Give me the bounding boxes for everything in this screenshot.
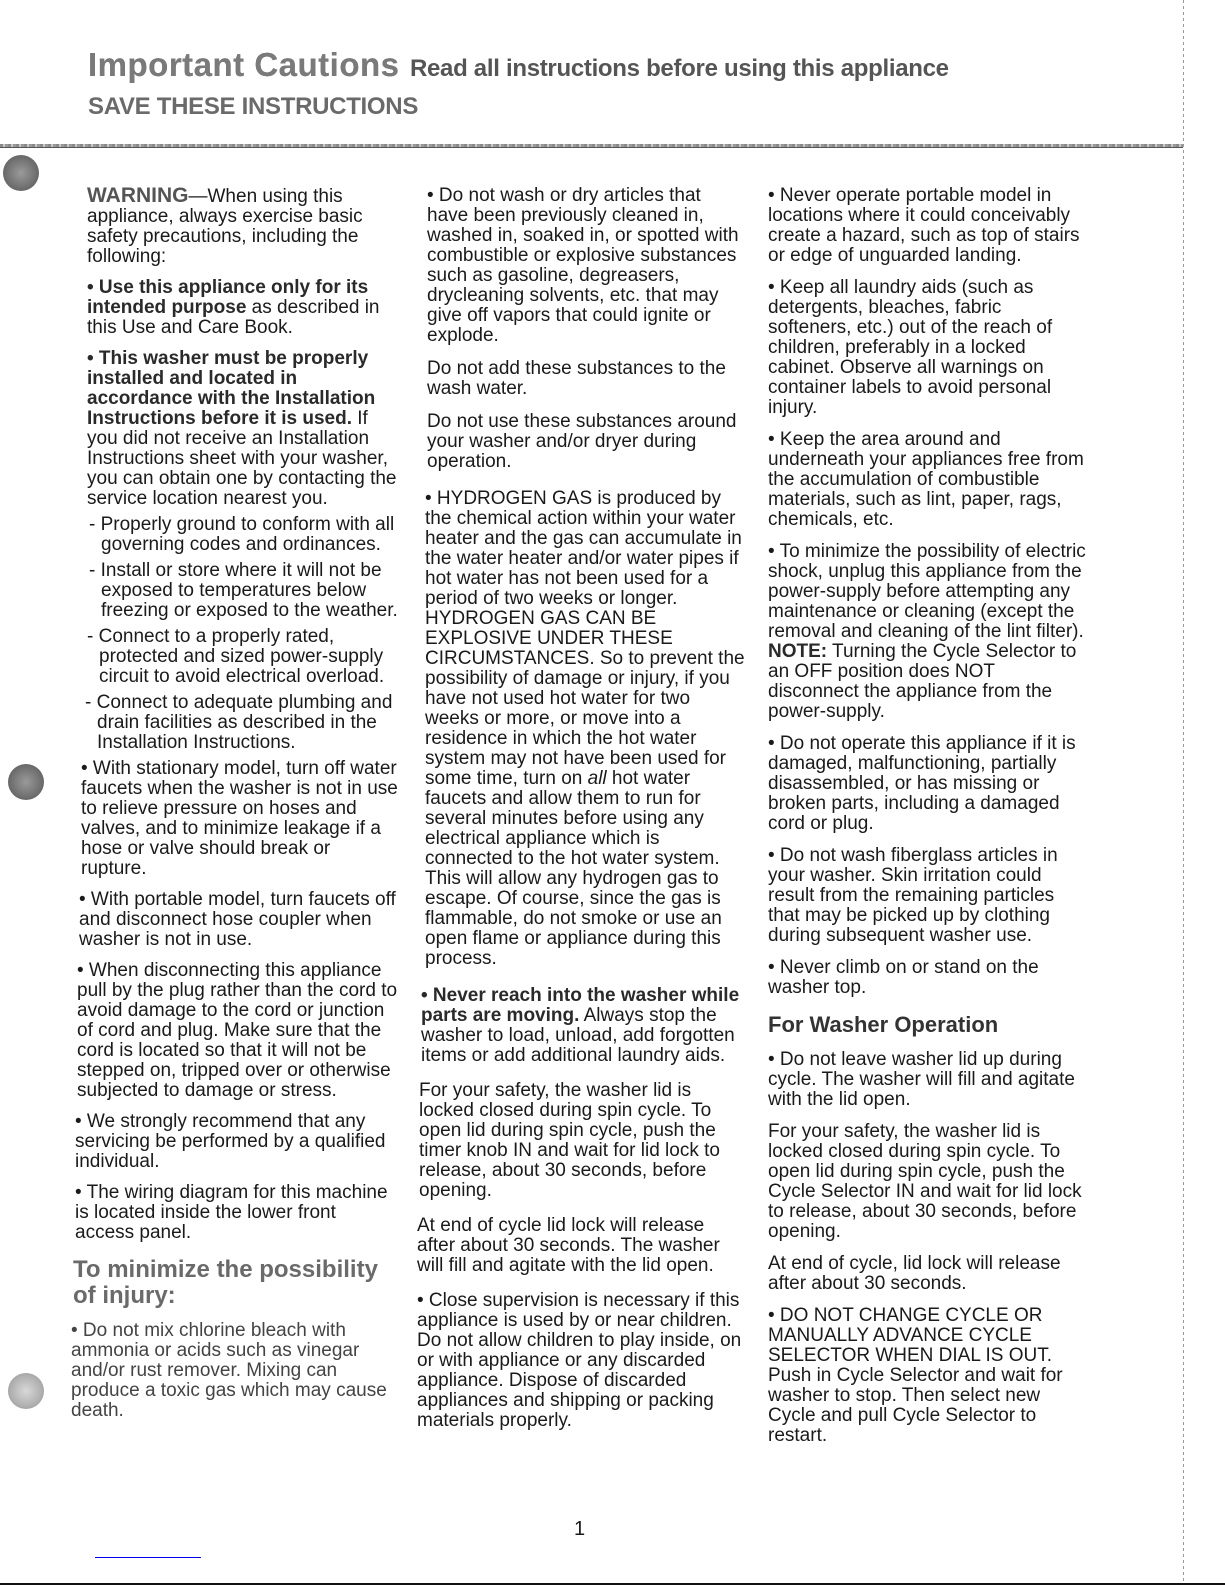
cycle-selector-item: • DO NOT CHANGE CYCLE OR MANUALLY ADVANC… (768, 1306, 1086, 1446)
title-line: Important Cautions Read all instructions… (88, 48, 949, 89)
save-instructions: SAVE THESE INSTRUCTIONS (88, 93, 949, 121)
portable-hazard-item: • Never operate portable model in locati… (768, 186, 1086, 266)
lid-release-item: At end of cycle, lid lock will release a… (768, 1254, 1086, 1294)
note-item: NOTE: Turning the Cycle Selector to an O… (768, 642, 1086, 722)
injury-heading: To minimize the possibility of injury: (73, 1257, 399, 1309)
end-of-cycle-item: At end of cycle lid lock will release af… (417, 1216, 745, 1276)
dash-item: - Connect to adequate plumbing and drain… (97, 693, 399, 753)
installation-item: • This washer must be properly installed… (87, 349, 399, 509)
fiberglass-item: • Do not wash fiberglass articles in you… (768, 846, 1086, 946)
binder-hole-icon (8, 1373, 44, 1409)
warning-paragraph: WARNING—When using this appliance, alway… (87, 186, 399, 267)
combustible-articles-item: • Do not wash or dry articles that have … (427, 186, 745, 346)
page-subtitle: Read all instructions before using this … (410, 55, 949, 82)
page-title: Important Cautions (88, 46, 400, 83)
climb-item: • Never climb on or stand on the washer … (768, 958, 1086, 998)
servicing-item: • We strongly recommend that any servici… (75, 1112, 399, 1172)
combustible-area-item: • Keep the area around and underneath yo… (768, 430, 1086, 530)
dash-item: - Properly ground to conform with all go… (101, 515, 399, 555)
moving-parts-item: • Never reach into the washer while part… (421, 986, 745, 1066)
binder-hole-icon (3, 155, 39, 191)
portable-model-item: • With portable model, turn faucets off … (79, 890, 399, 950)
use-substances-note: Do not use these substances around your … (427, 412, 745, 472)
dash-item: - Install or store where it will not be … (101, 561, 399, 621)
electric-shock-item: • To minimize the possibility of electri… (768, 542, 1086, 642)
damaged-appliance-item: • Do not operate this appliance if it is… (768, 734, 1086, 834)
supervision-item: • Close supervision is necessary if this… (417, 1291, 745, 1431)
wiring-diagram-item: • The wiring diagram for this machine is… (75, 1183, 399, 1243)
warning-label: WARNING (87, 184, 189, 207)
page-edge (1183, 0, 1184, 1585)
stationary-model-item: • With stationary model, turn off water … (81, 759, 399, 879)
lid-up-item: • Do not leave washer lid up during cycl… (768, 1050, 1086, 1110)
note-label: NOTE: (768, 641, 827, 662)
add-substances-note: Do not add these substances to the wash … (427, 359, 745, 399)
hydrogen-gas-item: • HYDROGEN GAS is produced by the chemic… (425, 489, 745, 969)
page-header: Important Cautions Read all instructions… (88, 48, 949, 121)
link-underline (95, 1557, 201, 1558)
spin-lock-item: For your safety, the washer lid is locke… (768, 1122, 1086, 1242)
left-column: WARNING—When using this appliance, alway… (87, 186, 399, 1432)
middle-column: • Do not wash or dry articles that have … (427, 186, 745, 1442)
chlorine-bleach-item: • Do not mix chlorine bleach with ammoni… (71, 1321, 399, 1421)
right-column: • Never operate portable model in locati… (768, 186, 1086, 1457)
page-number: 1 (574, 1518, 585, 1541)
header-divider (0, 144, 1183, 148)
laundry-aids-item: • Keep all laundry aids (such as deterge… (768, 278, 1086, 418)
binder-hole-icon (8, 764, 44, 800)
operation-heading: For Washer Operation (768, 1012, 1086, 1038)
dash-item: - Connect to a properly rated, protected… (99, 627, 399, 687)
intended-purpose-item: • Use this appliance only for its intend… (87, 278, 399, 338)
lid-lock-item: For your safety, the washer lid is locke… (419, 1081, 745, 1201)
disconnecting-item: • When disconnecting this appliance pull… (77, 961, 399, 1101)
